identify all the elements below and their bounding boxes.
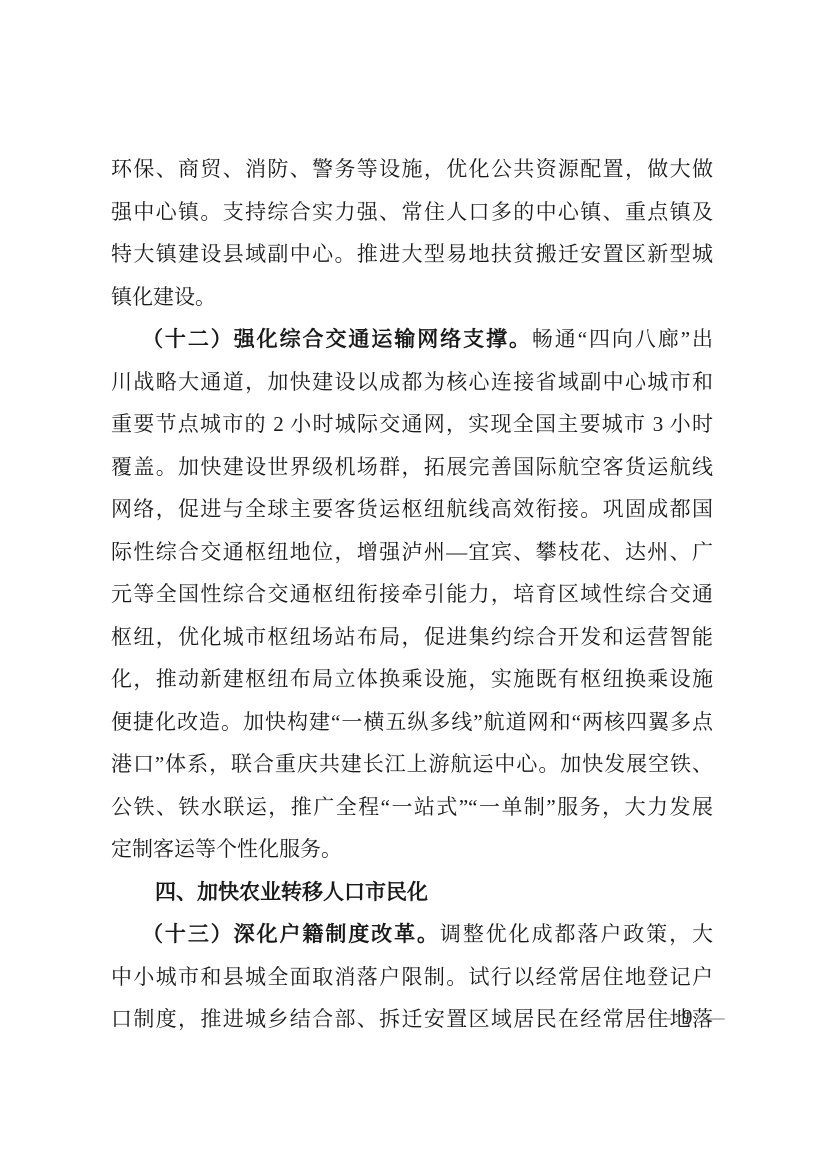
text-line: 重要节点城市的 2 小时城际交通网，实现全国主要城市 3 小时 [111,403,713,446]
text-run: 镇化建设。 [111,285,216,309]
page-number-dash-right: — [704,1005,725,1030]
page-number-value: 9 [682,1005,693,1030]
text-line: 镇化建设。 [111,276,713,319]
text-run: 环保、商贸、消防、警务等设施，优化公共资源配置，做大做 [111,157,713,181]
document-page: 环保、商贸、消防、警务等设施，优化公共资源配置，做大做 强中心镇。支持综合实力强… [0,0,826,1169]
text-run: 强中心镇。支持综合实力强、常住人口多的中心镇、重点镇及 [111,200,713,224]
section-heading-line: 四、加快农业转移人口市民化 [111,871,713,914]
text-run: 枢纽，优化城市枢纽场站布局，促进集约综合开发和运营智能 [111,625,713,649]
document-body: 环保、商贸、消防、警务等设施，优化公共资源配置，做大做 强中心镇。支持综合实力强… [111,148,713,1041]
text-run: 定制客运等个性化服务。 [111,837,342,861]
text-line: 定制客运等个性化服务。 [111,828,713,871]
text-run: 调整优化成都落户政策，大 [440,922,713,946]
text-run: 特大镇建设县域副中心。推进大型易地扶贫搬迁安置区新型城 [111,242,713,266]
text-line: 覆盖。加快建设世界级机场群，拓展完善国际航空客货运航线 [111,446,713,489]
page-number: — 9 — [650,1002,725,1032]
text-line: 公铁、铁水联运，推广全程“一站式”“一单制”服务，大力发展 [111,786,713,829]
text-run: 网络，促进与全球主要客货运枢纽航线高效衔接。巩固成都国 [111,497,713,521]
text-run: 公铁、铁水联运，推广全程“一站式”“一单制”服务，大力发展 [111,795,713,819]
text-run: 化，推动新建枢纽布局立体换乘设施，实施既有枢纽换乘设施 [111,667,713,691]
text-line: 中小城市和县城全面取消落户限制。试行以经常居住地登记户 [111,956,713,999]
text-line: 际性综合交通枢纽地位，增强泸州—宜宾、攀枝花、达州、广 [111,531,713,574]
text-line: 元等全国性综合交通枢纽衔接牵引能力，培育区域性综合交通 [111,573,713,616]
text-run: 际性综合交通枢纽地位，增强泸州—宜宾、攀枝花、达州、广 [111,540,713,564]
paragraph-clause-12: （十二）强化综合交通运输网络支撑。畅通“四向八廊”出 川战略大通道，加快建设以成… [111,318,713,871]
text-line: （十三）深化户籍制度改革。调整优化成都落户政策，大 [111,913,713,956]
text-line: 强中心镇。支持综合实力强、常住人口多的中心镇、重点镇及 [111,191,713,234]
text-line: 港口”体系，联合重庆共建长江上游航运中心。加快发展空铁、 [111,743,713,786]
text-run: 川战略大通道，加快建设以成都为核心连接省域副中心城市和 [111,370,713,394]
paragraph-continued: 环保、商贸、消防、警务等设施，优化公共资源配置，做大做 强中心镇。支持综合实力强… [111,148,713,318]
text-line: 便捷化改造。加快构建“一横五纵多线”航道网和“两核四翼多点 [111,701,713,744]
text-run: 重要节点城市的 2 小时城际交通网，实现全国主要城市 3 小时 [111,412,713,436]
clause-title-bold: （十三）深化户籍制度改革。 [142,922,440,946]
text-run: 中小城市和县城全面取消落户限制。试行以经常居住地登记户 [111,965,713,989]
text-line: 口制度，推进城乡结合部、拆迁安置区域居民在经常居住地落 [111,998,713,1041]
page-number-dash-left: — [650,1005,671,1030]
text-line: 网络，促进与全球主要客货运枢纽航线高效衔接。巩固成都国 [111,488,713,531]
text-run: 口制度，推进城乡结合部、拆迁安置区域居民在经常居住地落 [111,1007,713,1031]
text-line: 川战略大通道，加快建设以成都为核心连接省域副中心城市和 [111,361,713,404]
section-heading-4: 四、加快农业转移人口市民化 [111,871,713,914]
text-line: 环保、商贸、消防、警务等设施，优化公共资源配置，做大做 [111,148,713,191]
text-line: 特大镇建设县域副中心。推进大型易地扶贫搬迁安置区新型城 [111,233,713,276]
section-heading-text: 四、加快农业转移人口市民化 [155,880,428,904]
text-run: 覆盖。加快建设世界级机场群，拓展完善国际航空客货运航线 [111,455,713,479]
paragraph-clause-13: （十三）深化户籍制度改革。调整优化成都落户政策，大 中小城市和县城全面取消落户限… [111,913,713,1041]
text-line: （十二）强化综合交通运输网络支撑。畅通“四向八廊”出 [111,318,713,361]
text-run: 港口”体系，联合重庆共建长江上游航运中心。加快发展空铁、 [111,752,713,776]
text-run: 便捷化改造。加快构建“一横五纵多线”航道网和“两核四翼多点 [111,710,713,734]
text-line: 化，推动新建枢纽布局立体换乘设施，实施既有枢纽换乘设施 [111,658,713,701]
text-line: 枢纽，优化城市枢纽场站布局，促进集约综合开发和运营智能 [111,616,713,659]
text-run: 畅通“四向八廊”出 [532,327,713,351]
text-run: 元等全国性综合交通枢纽衔接牵引能力，培育区域性综合交通 [111,582,713,606]
clause-title-bold: （十二）强化综合交通运输网络支撑。 [142,327,532,351]
